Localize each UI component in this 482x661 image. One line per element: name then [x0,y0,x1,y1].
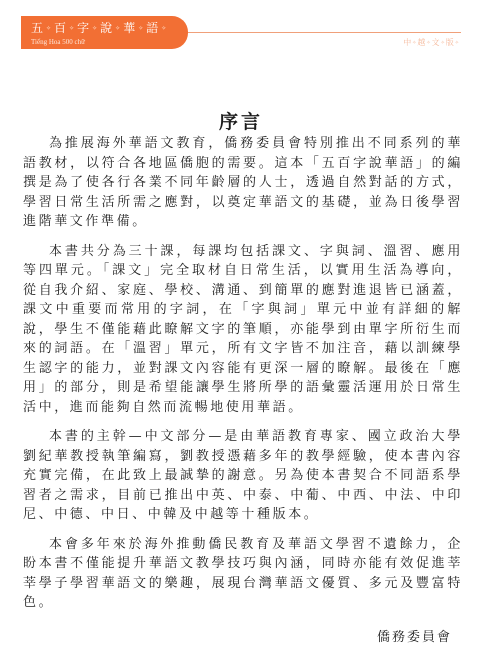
edition-char: 版 [446,38,455,47]
series-subtitle: Tiếng Hoa 500 chữ [31,37,188,47]
header-rule [188,32,461,33]
series-title-char: 說 [100,21,114,35]
ornament-icon: ✧ [92,25,99,32]
series-banner: 五✧百✧字✧說✧華✧語✧ Tiếng Hoa 500 chữ [21,16,188,49]
ornament-icon: ✧ [455,40,460,46]
series-title: 五✧百✧字✧說✧華✧語✧ [31,21,188,36]
series-title-char: 五 [31,21,45,35]
series-title-char: 華 [123,21,137,35]
preface-body: 為推展海外華語文教育，僑務委員會特別推出不同系列的華語教材，以符合各地區僑胞的需… [23,134,463,623]
edition-char: 文 [432,38,441,47]
series-title-char: 百 [54,21,68,35]
ornament-icon: ✧ [138,25,145,32]
series-title-char: 字 [77,21,91,35]
series-title-char: 語 [146,21,160,35]
paragraph: 為推展海外華語文教育，僑務委員會特別推出不同系列的華語教材，以符合各地區僑胞的需… [23,134,463,232]
ornament-icon: ✧ [69,25,76,32]
signature: 僑務委員會 [377,626,452,645]
paragraph: 本會多年來於海外推動僑民教育及華語文學習不遺餘力，企盼本書不僅能提升華語文教學技… [23,535,463,613]
ornament-icon: ✧ [46,25,53,32]
ornament-icon: ✧ [115,25,122,32]
page-title: 序言 [0,107,482,134]
edition-char: 中 [403,38,412,47]
ornament-icon: ✧ [161,25,168,32]
paragraph: 本書共分為三十課，每課均包括課文、字與詞、溫習、應用等四單元。「課文」完全取材自… [23,242,463,418]
paragraph: 本書的主幹—中文部分—是由華語教育專家、國立政治大學劉紀華教授執筆編寫，劉教授憑… [23,427,463,525]
edition-label: 中✧越✧文✧版✧ [403,37,460,48]
